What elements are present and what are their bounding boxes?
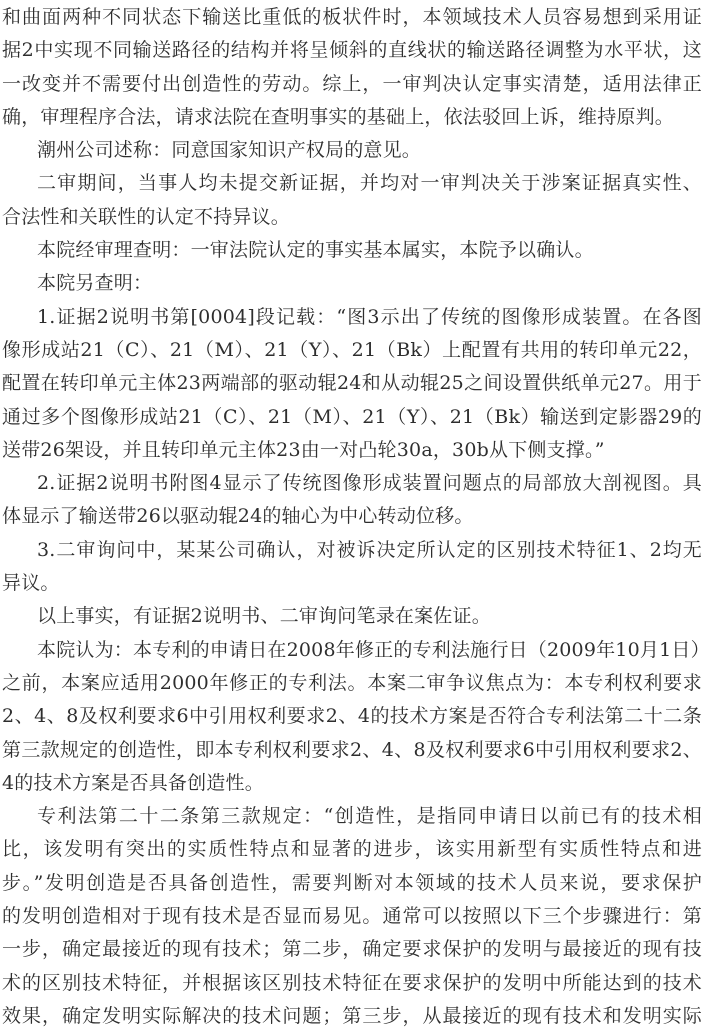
text-line: 二审期间，当事人均未提交新证据，并均对一审判决关于涉案证据真实性、 bbox=[2, 167, 702, 200]
text-line: 本院经审理查明：一审法院认定的事实基本属实，本院予以确认。 bbox=[2, 234, 702, 267]
text-line: 据2中实现不同输送路径的结构并将呈倾斜的直线状的输送路径调整为水平状，这 bbox=[2, 34, 702, 67]
text-line: 合法性和关联性的认定不持异议。 bbox=[2, 201, 702, 234]
text-line: 本院另查明： bbox=[2, 267, 702, 300]
text-line: 第三款规定的创造性，即本专利权利要求2、4、8及权利要求6中引用权利要求2、 bbox=[2, 734, 702, 767]
text-line: 一步，确定最接近的现有技术；第二步，确定要求保护的发明与最接近的现有技 bbox=[2, 933, 702, 966]
text-line: 送带26架设，并且转印单元主体23由一对凸轮30a，30b从下侧支撑。” bbox=[2, 434, 702, 467]
text-line: 体显示了输送带26以驱动辊24的轴心为中心转动位移。 bbox=[2, 500, 702, 533]
text-line: 效果，确定发明实际解决的技术问题；第三步，从最接近的现有技术和发明实际 bbox=[2, 1000, 702, 1033]
text-line: 像形成站21（C）、21（M）、21（Y）、21（Bk）上配置有共用的转印单元2… bbox=[2, 334, 702, 367]
text-line: 本院认为：本专利的申请日在2008年修正的专利法施行日（2009年10月1日） bbox=[2, 634, 702, 667]
text-line: 专利法第二十二条第三款规定：“创造性，是指同申请日以前已有的技术相 bbox=[2, 800, 702, 833]
text-line: 4的技术方案是否具备创造性。 bbox=[2, 767, 702, 800]
text-line: 1.证据2说明书第[0004]段记载：“图3示出了传统的图像形成装置。在各图 bbox=[2, 301, 702, 334]
text-line: 的发明创造相对于现有技术是否显而易见。通常可以按照以下三个步骤进行：第 bbox=[2, 900, 702, 933]
text-line: 和曲面两种不同状态下输送比重低的板状件时，本领域技术人员容易想到采用证 bbox=[2, 1, 702, 34]
text-line: 一改变并不需要付出创造性的劳动。综上，一审判决认定事实清楚，适用法律正 bbox=[2, 68, 702, 101]
text-line: 之前，本案应适用2000年修正的专利法。本案二审争议焦点为：本专利权利要求 bbox=[2, 667, 702, 700]
text-line: 术的区别技术特征，并根据该区别技术特征在要求保护的发明中所能达到的技术 bbox=[2, 967, 702, 1000]
text-line: 配置在转印单元主体23两端部的驱动辊24和从动辊25之间设置供纸单元27。用于 bbox=[2, 367, 702, 400]
document-page: 和曲面两种不同状态下输送比重低的板状件时，本领域技术人员容易想到采用证据2中实现… bbox=[0, 0, 705, 1033]
text-line: 比，该发明有突出的实质性特点和显著的进步，该实用新型有实质性特点和进 bbox=[2, 833, 702, 866]
text-line: 2.证据2说明书附图4显示了传统图像形成装置问题点的局部放大剖视图。具 bbox=[2, 467, 702, 500]
text-line: 确，审理程序合法，请求法院在查明事实的基础上，依法驳回上诉，维持原判。 bbox=[2, 101, 702, 134]
text-line: 以上事实，有证据2说明书、二审询问笔录在案佐证。 bbox=[2, 600, 702, 633]
text-line: 潮州公司述称：同意国家知识产权局的意见。 bbox=[2, 134, 702, 167]
text-line: 通过多个图像形成站21（C）、21（M）、21（Y）、21（Bk）输送到定影器2… bbox=[2, 401, 702, 434]
document-text-body: 和曲面两种不同状态下输送比重低的板状件时，本领域技术人员容易想到采用证据2中实现… bbox=[2, 1, 702, 1033]
text-line: 步。”发明创造是否具备创造性，需要判断对本领域的技术人员来说，要求保护 bbox=[2, 867, 702, 900]
text-line: 2、4、8及权利要求6中引用权利要求2、4的技术方案是否符合专利法第二十二条 bbox=[2, 700, 702, 733]
text-line: 异议。 bbox=[2, 567, 702, 600]
text-line: 3.二审询问中，某某公司确认，对被诉决定所认定的区别技术特征1、2均无 bbox=[2, 534, 702, 567]
